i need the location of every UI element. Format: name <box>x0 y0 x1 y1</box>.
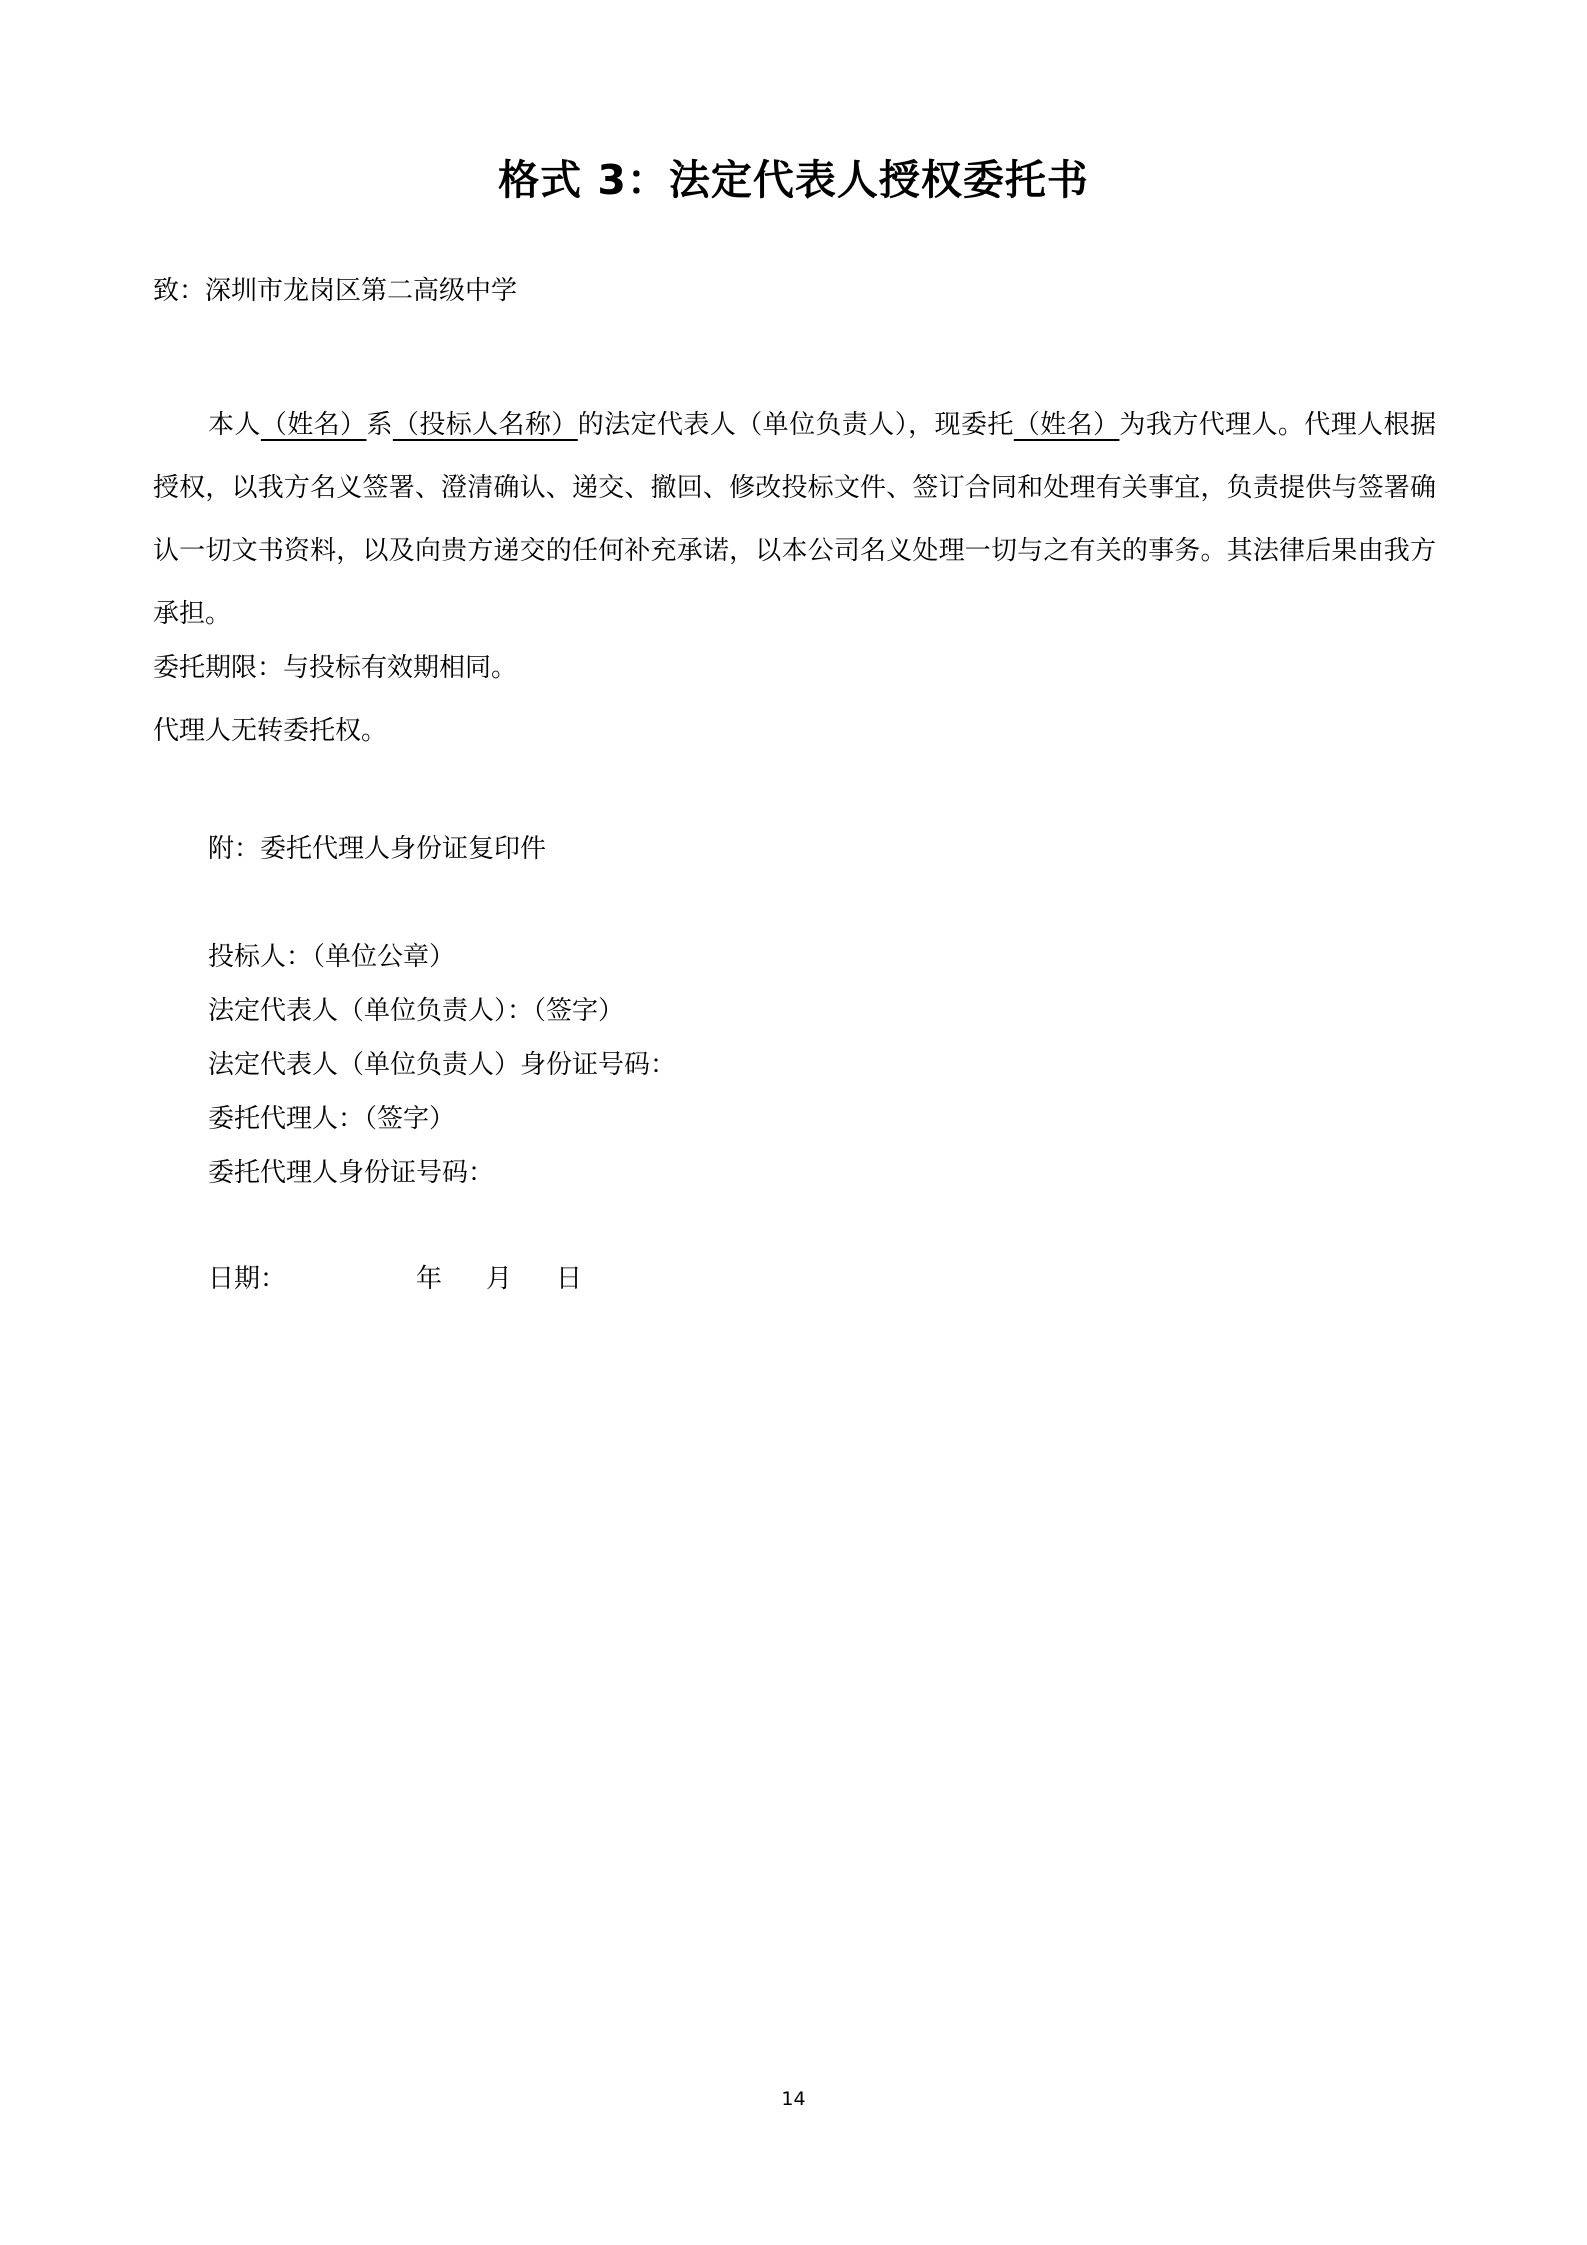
page-number: 14 <box>0 2088 1587 2110</box>
date-year: 年 <box>416 1259 442 1299</box>
agent-name-blank: （姓名） <box>1014 410 1120 440</box>
date-month: 月 <box>486 1259 512 1299</box>
date-line: 日期：年月日 <box>208 1259 582 1299</box>
agent-id-number: 委托代理人身份证号码： <box>208 1153 494 1193</box>
no-subdelegation-clause: 代理人无转委托权。 <box>153 711 387 751</box>
signature-bidder-seal: 投标人：（单位公章） <box>208 937 455 977</box>
attachment-note: 附：委托代理人身份证复印件 <box>208 829 546 869</box>
paragraph-text: 系 <box>366 410 392 440</box>
signature-legal-rep: 法定代表人（单位负责人）：（签字） <box>208 991 624 1031</box>
paragraph-text: 本人 <box>208 410 261 440</box>
paragraph-text: 为我方代理人。代理人根据授权，以我方名义签署、澄清确认、递交、撤回、修改投标文件… <box>153 410 1436 629</box>
date-label: 日期： <box>208 1259 286 1299</box>
date-day: 日 <box>556 1259 582 1299</box>
bidder-name-blank: （投标人名称） <box>393 410 578 440</box>
paragraph-text: 的法定代表人（单位负责人），现委托 <box>578 410 1014 440</box>
addressee: 致：深圳市龙岗区第二高级中学 <box>153 271 517 311</box>
authorization-term: 委托期限：与投标有效期相同。 <box>153 648 517 688</box>
signature-agent: 委托代理人：（签字） <box>208 1099 455 1139</box>
document-title: 格式 3：法定代表人授权委托书 <box>0 152 1587 208</box>
legal-rep-id-number: 法定代表人（单位负责人）身份证号码： <box>208 1045 676 1085</box>
name-blank: （姓名） <box>261 410 367 440</box>
document-page: 格式 3：法定代表人授权委托书 致：深圳市龙岗区第二高级中学 本人（姓名）系（投… <box>0 0 1587 2245</box>
authorization-paragraph: 本人（姓名）系（投标人名称）的法定代表人（单位负责人），现委托（姓名）为我方代理… <box>153 394 1436 646</box>
